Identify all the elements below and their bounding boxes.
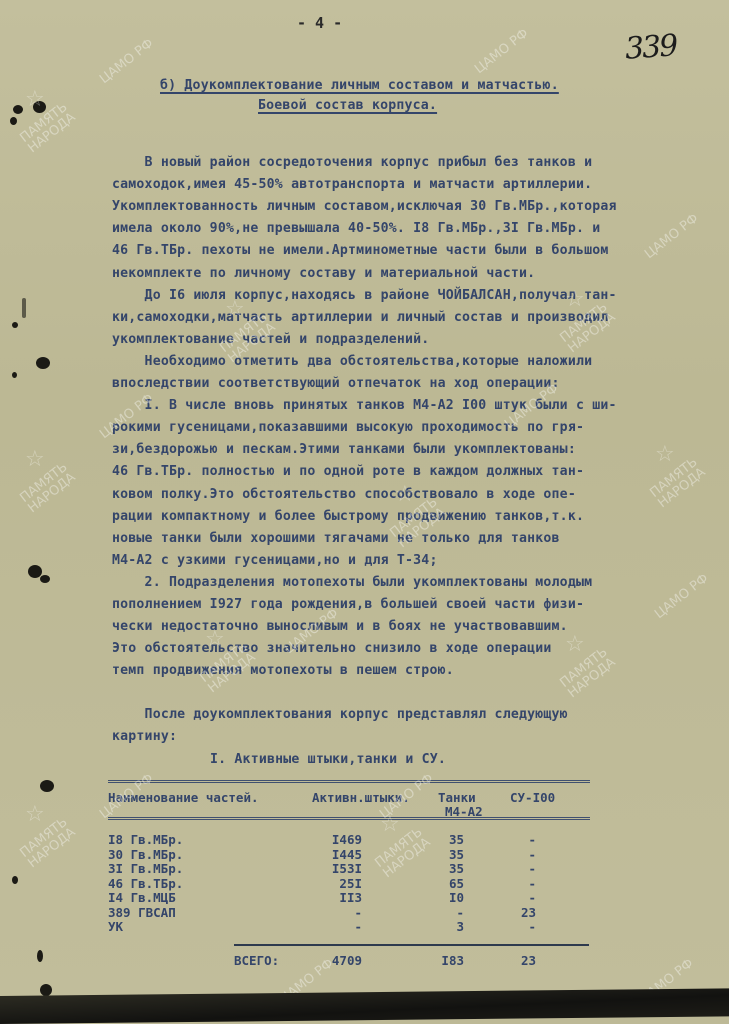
body-line: В новый район сосредоточения корпус приб… — [112, 155, 592, 170]
closing-line: После доукомплектования корпус представл… — [112, 707, 568, 722]
punch-hole — [40, 575, 50, 583]
page-number: - 4 - — [297, 14, 342, 32]
cell-bayonets: I53I — [300, 861, 362, 876]
body-line: имела около 90%,не превышала 40-50%. I8 … — [112, 221, 600, 236]
cell-bayonets: - — [300, 905, 362, 920]
body-line: ки,самоходки,матчасть артиллерии и личны… — [112, 310, 609, 325]
body-line: Укомплектованность личным составом,исклю… — [112, 199, 617, 214]
punch-hole — [10, 117, 17, 125]
watermark-camo: ЦАМО РФ — [473, 27, 531, 76]
table-header-rule — [108, 817, 590, 820]
cell-su: - — [510, 861, 536, 876]
watermark-pamyat-naroda: ПАМЯТЬ НАРОДА — [373, 826, 433, 881]
star-icon: ☆ — [25, 447, 45, 472]
watermark-pamyat-naroda: ПАМЯТЬ НАРОДА — [18, 461, 78, 516]
star-icon: ☆ — [565, 632, 585, 657]
punch-hole — [33, 101, 46, 113]
punch-hole — [40, 780, 54, 792]
cell-bayonets: I469 — [300, 832, 362, 847]
watermark-camo: ЦАМО РФ — [98, 37, 156, 86]
cell-su: - — [510, 890, 536, 905]
body-line: 2. Подразделения мотопехоты были укомпле… — [112, 575, 592, 590]
punch-hole — [12, 372, 17, 378]
body-line: впоследствии соответствующий отпечаток н… — [112, 376, 560, 391]
cell-tanks: 35 — [430, 861, 464, 876]
cell-unit: 389 ГВСАП — [108, 905, 176, 920]
cell-unit: 3I Гв.МБр. — [108, 861, 183, 876]
body-line: I. В числе вновь принятых танков М4-А2 I… — [112, 398, 617, 413]
punch-hole — [13, 105, 23, 114]
cell-bayonets: II3 — [300, 890, 362, 905]
watermark-pamyat-naroda: ПАМЯТЬ НАРОДА — [18, 101, 78, 156]
cell-tanks: 65 — [430, 876, 464, 891]
cell-tanks: 35 — [430, 832, 464, 847]
body-line: Это обстоятельство значительно снизило в… — [112, 641, 552, 656]
cell-unit: I4 Гв.МЦБ — [108, 890, 176, 905]
body-line: рокими гусеницами,показавшими высокую пр… — [112, 420, 584, 435]
body-line: пополнением I927 года рождения,в большей… — [112, 597, 584, 612]
punch-hole — [22, 298, 26, 318]
total-tanks: I83 — [430, 953, 464, 968]
body-line: 46 Гв.ТБр. полностью и по одной роте в к… — [112, 464, 584, 479]
cell-unit: 46 Гв.ТБр. — [108, 876, 183, 891]
body-line: рации компактному и более быстрому продв… — [112, 509, 584, 524]
cell-unit: I8 Гв.МБр. — [108, 832, 183, 847]
body-line: новые танки были хорошими тягачами не то… — [112, 531, 560, 546]
cell-tanks: - — [430, 905, 464, 920]
total-bayonets: 4709 — [300, 953, 362, 968]
body-line: До I6 июля корпус,находясь в районе ЧОЙБ… — [112, 288, 617, 303]
document-page: - 4 - 339 б) Доукомплектование личным со… — [0, 0, 729, 1000]
punch-hole — [12, 322, 18, 328]
cell-unit: УК — [108, 919, 123, 934]
body-line: ковом полку.Это обстоятельство способств… — [112, 487, 576, 502]
body-line: 46 Гв.ТБр. пехоты не имели.Артминометные… — [112, 243, 609, 258]
header-bayonets: Активн.штыки. — [312, 790, 410, 805]
cell-tanks: I0 — [430, 890, 464, 905]
cell-unit: 30 Гв.МБр. — [108, 847, 183, 862]
body-line: некомплекте по личному составу и материа… — [112, 266, 535, 281]
cell-su: - — [510, 847, 536, 862]
punch-hole — [37, 950, 43, 962]
watermark-pamyat-naroda: ПАМЯТЬ НАРОДА — [648, 456, 708, 511]
body-line: Необходимо отметить два обстоятельства,к… — [112, 354, 592, 369]
header-su: СУ-I00 — [510, 790, 555, 805]
header-unit: Наименование частей. — [108, 790, 259, 805]
watermark-camo: ЦАМО РФ — [643, 212, 701, 261]
section-subheading: Боевой состав корпуса. — [258, 98, 437, 113]
watermark-pamyat-naroda: ПАМЯТЬ НАРОДА — [18, 816, 78, 871]
table-title: I. Активные штыки,танки и СУ. — [210, 752, 446, 767]
total-rule — [234, 944, 589, 946]
body-line: самоходок,имея 45-50% автотранспорта и м… — [112, 177, 592, 192]
punch-hole — [12, 876, 18, 884]
total-label: ВСЕГО: — [234, 953, 279, 968]
body-line: М4-А2 с узкими гусеницами,но и для Т-34; — [112, 553, 438, 568]
cell-su: - — [510, 832, 536, 847]
cell-su: 23 — [510, 905, 536, 920]
cell-su: - — [510, 876, 536, 891]
header-tanks: Танки — [438, 790, 476, 805]
cell-tanks: 3 — [430, 919, 464, 934]
punch-hole — [40, 984, 52, 996]
closing-line: картину: — [112, 729, 177, 744]
cell-su: - — [510, 919, 536, 934]
watermark-pamyat-naroda: ПАМЯТЬ НАРОДА — [558, 646, 618, 701]
star-icon: ☆ — [25, 802, 45, 827]
cell-bayonets: I445 — [300, 847, 362, 862]
star-icon: ☆ — [655, 442, 675, 467]
star-icon: ☆ — [380, 812, 400, 837]
watermark-camo: ЦАМО РФ — [653, 572, 711, 621]
section-heading: б) Доукомплектование личным составом и м… — [160, 78, 559, 93]
body-line: чески недостаточно выносливым и в боях н… — [112, 619, 568, 634]
body-line: укомплектование частей и подразделений. — [112, 332, 429, 347]
body-line: зи,бездорожью и пескам.Этими танками был… — [112, 442, 576, 457]
handwritten-folio-number: 339 — [624, 28, 678, 66]
cell-bayonets: 25I — [300, 876, 362, 891]
table-top-rule — [108, 780, 590, 783]
punch-hole — [36, 357, 50, 369]
total-su: 23 — [510, 953, 536, 968]
body-line: темп продвижения мотопехоты в пешем стро… — [112, 663, 454, 678]
cell-bayonets: - — [300, 919, 362, 934]
cell-tanks: 35 — [430, 847, 464, 862]
